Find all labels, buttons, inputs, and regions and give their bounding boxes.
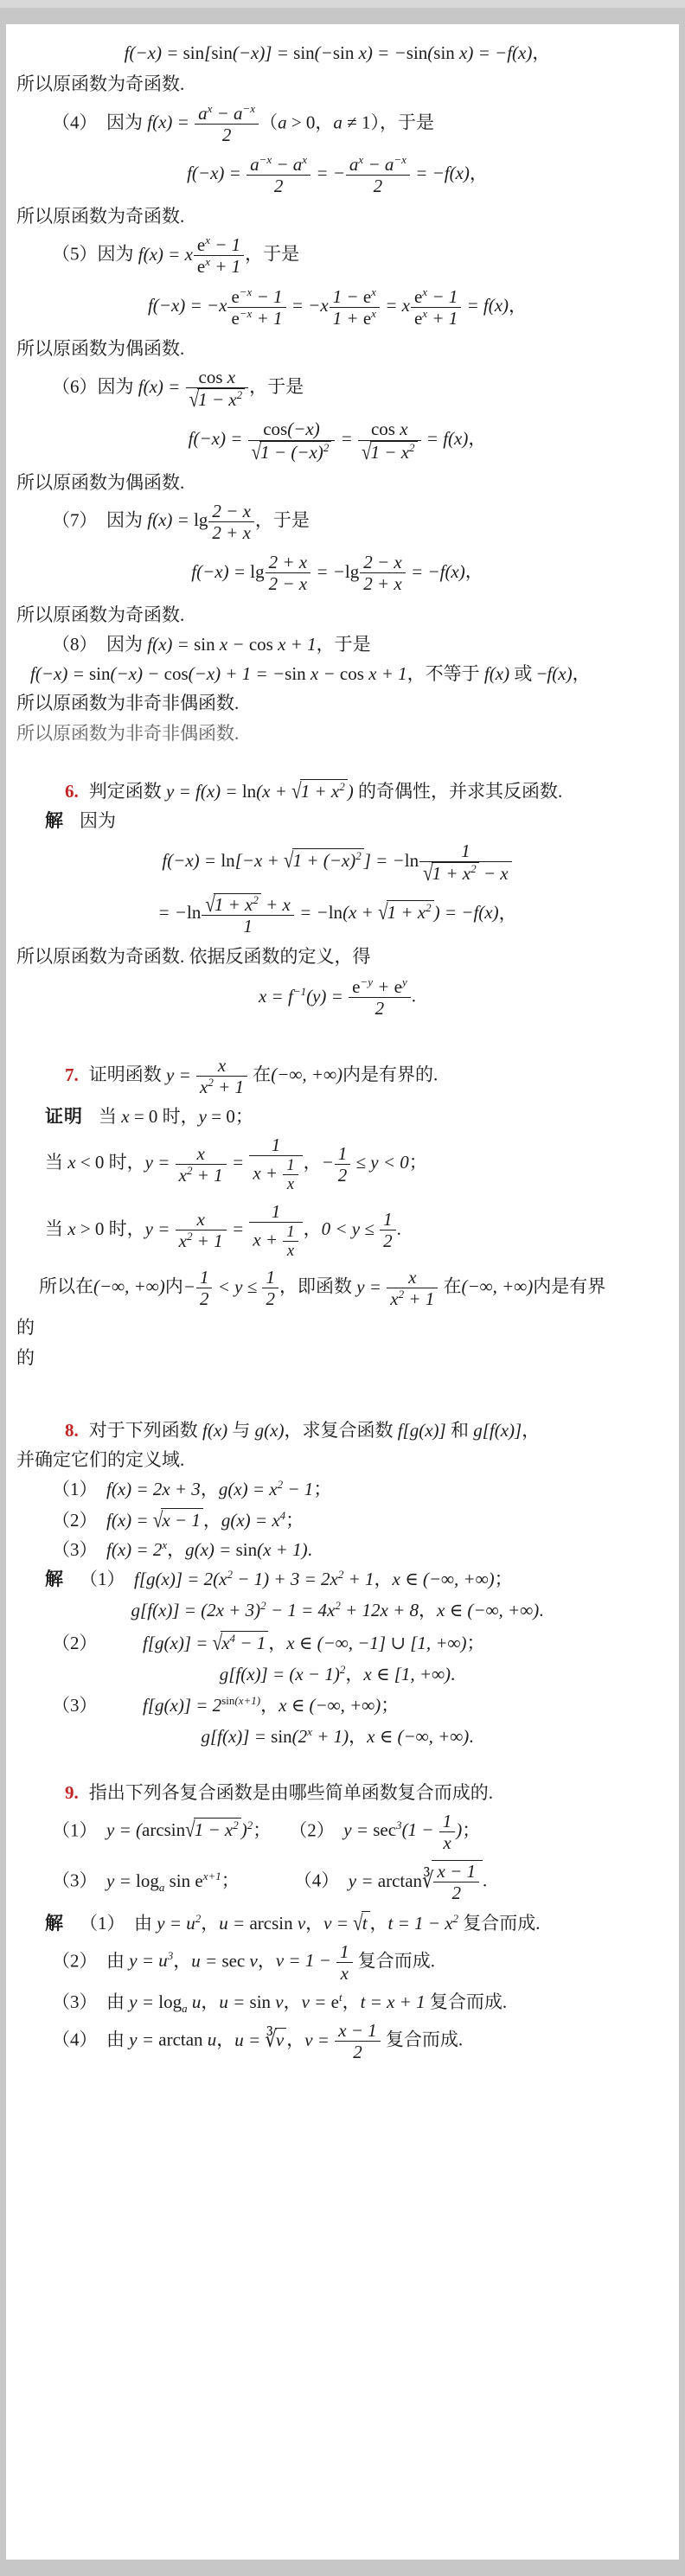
- radicand: 1 − (−x)2: [259, 441, 331, 463]
- superscript: 3: [396, 1819, 402, 1831]
- fraction: 1x + 1x: [248, 1201, 303, 1261]
- problem-heading-line: 9.指出下列各复合函数是由哪些简单函数复合而成的.: [65, 1781, 658, 1804]
- superscript: x: [371, 285, 376, 298]
- math-run: f[g(x)] = 2sin(x+1): [143, 1695, 260, 1716]
- text-run: sin: [271, 1726, 292, 1747]
- superscript: 2: [187, 1164, 193, 1177]
- superscript: 2: [426, 901, 432, 914]
- radicand: 1 − x2: [194, 1818, 241, 1841]
- numerator: 1 − ex: [330, 286, 380, 307]
- math-run: f(x) = √x − 1: [106, 1510, 203, 1531]
- text-run: arcsin: [249, 1913, 292, 1934]
- text-run: ln: [221, 850, 234, 871]
- math-run: x: [121, 1106, 129, 1127]
- denominator: x2 + 1: [196, 1076, 247, 1097]
- text-run: cos: [340, 663, 364, 684]
- fraction: √1 + x2 + x1: [201, 893, 295, 936]
- display-formula-line: f(−x) = cos(−x)√1 − (−x)2 = cos x√1 − x2…: [16, 419, 658, 462]
- math-run: t = 1 − x2: [388, 1913, 459, 1934]
- superscript: −x: [259, 153, 272, 166]
- math-run: f[g(x)]: [398, 1420, 446, 1441]
- display-formula-line: f(−x) = lg2 + x2 − x = −lg2 − x2 + x = −…: [16, 552, 658, 594]
- list-item-line: （1） y = (arcsin√1 − x2)2； （2） y = sec3(1…: [52, 1811, 658, 1853]
- square-root-radical: √1 + x2: [205, 893, 261, 915]
- math-run: y = arctan∛x − 12: [349, 1870, 483, 1891]
- radical-sign: √: [423, 860, 433, 885]
- radicand: x − 1: [161, 1508, 203, 1531]
- numerator: a−x − ax: [246, 154, 310, 175]
- body-text-line: 的: [16, 1316, 658, 1339]
- denominator: 2: [246, 175, 310, 196]
- text-run: sin: [183, 42, 205, 63]
- superscript: 4: [230, 1632, 236, 1645]
- body-text-line: 所以原函数为奇函数.: [16, 73, 658, 95]
- math-run: y = xx2 + 1: [166, 1064, 248, 1085]
- numerator: 1: [283, 1223, 298, 1241]
- fraction: xx2 + 1: [175, 1143, 227, 1186]
- fraction: 1x + 1x: [248, 1135, 303, 1194]
- fraction: 12: [195, 1267, 214, 1309]
- math-run: x: [278, 1695, 286, 1716]
- math-run: f(x): [202, 1420, 227, 1441]
- fraction: cos x√1 − x2: [357, 419, 422, 462]
- list-item-line: （2） f[g(x)] = √x4 − 1，x ∈ (−∞, −1] ∪ [1,…: [52, 1631, 658, 1654]
- superscript: x: [358, 153, 363, 166]
- math-run: y = (arcsin√1 − x2)2: [106, 1819, 253, 1840]
- math-run: f(x) = cos x√1 − x2: [138, 376, 249, 397]
- solution-line: 证明当 x = 0 时，y = 0；: [45, 1105, 658, 1128]
- superscript: 3: [168, 1949, 174, 1962]
- math-run: y = u2: [157, 1913, 201, 1934]
- display-formula-line: f(−x) = ln[−x + √1 + (−x)2] = −ln1√1 + x…: [16, 841, 658, 884]
- radicand: 1 − x2: [197, 388, 245, 410]
- fraction: x − 12: [432, 1861, 480, 1903]
- superscript: −x: [240, 285, 253, 298]
- math-run: f(x): [547, 663, 572, 684]
- math-run: f(−x) = ln[−x + √1 + (−x)2] = −ln1√1 + x…: [162, 850, 512, 871]
- math-run: u = ∛v: [234, 2029, 286, 2050]
- fraction: 1x: [282, 1156, 298, 1194]
- superscript: −x: [243, 102, 256, 115]
- math-run: (−∞, +∞): [423, 1569, 495, 1589]
- square-root-radical: √1 − x2: [185, 1818, 241, 1841]
- subscript: a: [159, 1881, 165, 1894]
- superscript: x: [422, 285, 427, 298]
- display-formula-line: g[f(x)] = (2x + 3)2 − 1 = 4x2 + 12x + 8，…: [16, 1599, 658, 1621]
- square-root-radical: √1 − x2: [189, 388, 246, 410]
- math-run: f(x) = sin x − cos x + 1: [147, 634, 316, 655]
- superscript: 2: [409, 441, 415, 454]
- math-run: y = xx2 + 1 = 1x + 1x: [145, 1218, 304, 1239]
- fraction: ex − 1ex + 1: [410, 286, 462, 329]
- radical-sign: √: [205, 891, 215, 916]
- math-run: y: [199, 1106, 207, 1127]
- denominator: 2: [346, 175, 410, 196]
- subscript: a: [182, 2002, 188, 2015]
- fraction: 2 + x2 − x: [265, 552, 312, 594]
- text-run: cos: [263, 419, 287, 439]
- text-run: ln: [405, 850, 419, 871]
- superscript: 2: [355, 849, 362, 862]
- square-root-radical: √x4 − 1: [213, 1631, 269, 1654]
- radical-sign: √: [189, 387, 200, 412]
- fraction: cos x√1 − x2: [185, 367, 250, 410]
- text-run: e: [331, 1991, 339, 2012]
- denominator: 2 − x: [266, 572, 311, 594]
- body-text-line: 所以原函数为非奇非偶函数.: [16, 722, 658, 745]
- denominator: 2: [380, 1230, 396, 1251]
- superscript: x: [422, 307, 427, 320]
- body-text-line: 所以原函数为偶函数.: [16, 337, 658, 360]
- text-run: ln: [187, 902, 201, 923]
- numerator: e−x − 1: [227, 286, 285, 307]
- numerator: ex − 1: [411, 286, 461, 307]
- body-text-line: 所以在(−∞, +∞)内−12 < y ≤ 12，即函数 y = xx2 + 1…: [39, 1267, 658, 1309]
- text-run: e: [363, 286, 371, 307]
- document-page: f(−x) = sin[sin(−x)] = sin(−sin x) = −si…: [6, 24, 679, 2560]
- solution-label: 解: [45, 1913, 64, 1934]
- superscript: −x: [240, 307, 253, 320]
- text-run: ln: [329, 902, 342, 923]
- math-run: y = u3: [129, 1950, 173, 1971]
- fraction: cos(−x)√1 − (−x)2: [247, 419, 336, 462]
- text-run: sin: [211, 42, 233, 63]
- fraction: 1x: [336, 1941, 354, 1984]
- superscript: 2: [187, 1230, 193, 1243]
- math-run: t = x + 1: [361, 1991, 426, 2012]
- radical-sign: √: [284, 847, 294, 874]
- numerator: x − 1: [433, 1861, 479, 1882]
- numerator: cos x: [186, 367, 249, 387]
- text-run: cos: [371, 419, 395, 439]
- radicand: 1 + x2: [432, 862, 479, 884]
- superscript: 2: [227, 1568, 233, 1581]
- superscript: x: [205, 255, 210, 268]
- denominator: 1 + ex: [330, 307, 380, 329]
- math-run: v = x − 12: [304, 2029, 381, 2050]
- denominator: x + 1x: [249, 1222, 302, 1261]
- math-run: a: [278, 112, 287, 132]
- numerator: √1 + x2 + x: [202, 893, 294, 915]
- fraction: 1x: [439, 1811, 457, 1853]
- list-item-line: （4） 因为 f(x) = ax − a−x2（a > 0，a ≠ 1），于是: [52, 103, 658, 145]
- numerator: 1: [439, 1811, 456, 1831]
- math-run: y = loga u: [129, 1991, 201, 2012]
- text-run: e: [231, 286, 239, 307]
- fraction: x − 12: [334, 2020, 381, 2062]
- math-run: = −ln√1 + x2 + x1 = −ln(x + √1 + x2) = −…: [157, 902, 498, 923]
- fraction: 12: [334, 1143, 352, 1186]
- text-run: cos: [199, 367, 223, 387]
- display-formula-line: = −ln√1 + x2 + x1 = −ln(x + √1 + x2) = −…: [16, 893, 658, 936]
- denominator: x2 + 1: [387, 1288, 438, 1309]
- denominator: 2: [349, 997, 411, 1019]
- superscript: x: [302, 153, 307, 166]
- math-run: x: [363, 1664, 371, 1684]
- problem-heading-line: 7.证明函数 y = xx2 + 1 在(−∞, +∞)内是有界的.: [65, 1055, 658, 1097]
- superscript: 2: [233, 1819, 239, 1831]
- math-run: 0 < y ≤ 12: [322, 1218, 397, 1239]
- text-run: sin: [194, 634, 215, 655]
- text-run: sin: [89, 663, 111, 684]
- superscript: x: [162, 1538, 167, 1551]
- square-root-radical: √1 − (−x)2: [252, 441, 332, 463]
- radicand: x4 − 1: [221, 1631, 268, 1654]
- body-text-line: 所以原函数为奇函数.: [16, 205, 658, 227]
- solution-label: 证明: [45, 1106, 83, 1127]
- math-run: u = sin v: [219, 1991, 283, 2012]
- denominator: 1: [202, 915, 294, 936]
- radical-sign: √: [378, 898, 388, 926]
- body-text-line: 所以原函数为偶函数.: [16, 471, 658, 494]
- text-run: sin: [221, 1694, 234, 1707]
- radicand: 1 + x2: [300, 779, 348, 802]
- radical-sign: √: [153, 1505, 163, 1533]
- text-run: e: [414, 308, 422, 329]
- math-run: g[f(x)] = sin(2x + 1): [201, 1726, 349, 1747]
- display-formula-line: g[f(x)] = sin(2x + 1)，x ∈ (−∞, +∞).: [16, 1725, 658, 1748]
- list-item-line: （3） f[g(x)] = 2sin(x+1)，x ∈ (−∞, +∞)；: [52, 1694, 658, 1716]
- text-run: lg: [250, 561, 264, 582]
- math-run: (−∞, −1]: [317, 1633, 386, 1653]
- display-formula-line: f(−x) = a−x − ax2 = −ax − a−x2 = −f(x)，: [16, 154, 658, 196]
- display-formula-line: g[f(x)] = (x − 1)2，x ∈ [1, +∞).: [16, 1663, 658, 1685]
- numerator: 1: [196, 1267, 213, 1288]
- numerator: 1: [249, 1201, 302, 1222]
- fraction: 1√1 + x2 − x: [419, 841, 513, 884]
- math-run: g(x) = sin(x + 1): [185, 1539, 307, 1560]
- fraction: e−y + ey2: [348, 976, 412, 1019]
- superscript: 2: [237, 388, 243, 401]
- text-run: sin: [285, 663, 306, 684]
- superscript: t: [339, 1991, 342, 2004]
- text-run: sin: [407, 42, 428, 63]
- math-run: x: [437, 1600, 445, 1620]
- fraction: xx2 + 1: [175, 1209, 227, 1251]
- list-item-line: （2） f(x) = √x − 1，g(x) = x4；: [52, 1508, 658, 1531]
- radical-sign: √: [252, 438, 262, 463]
- square-root-radical: √1 + x2: [378, 900, 434, 924]
- text-run: sin: [236, 1539, 258, 1560]
- text-run: e: [363, 308, 371, 329]
- denominator: x: [336, 1962, 353, 1984]
- math-run: f(x) = 2x: [106, 1539, 167, 1560]
- solution-line: 解（1） 由 y = u2，u = arcsin v，v = √t，t = 1 …: [45, 1911, 658, 1934]
- superscript: −1: [293, 985, 306, 998]
- numerator: ex − 1: [194, 234, 244, 255]
- text-run: ln: [242, 781, 256, 802]
- numerator: x − 1: [335, 2020, 381, 2041]
- denominator: x + 1x: [249, 1155, 302, 1194]
- problem-heading-line: 8.对于下列函数 f(x) 与 g(x)，求复合函数 f[g(x)] 和 g[f…: [65, 1419, 658, 1441]
- text-run: e: [394, 976, 402, 997]
- math-run: g[f(x)]: [473, 1420, 522, 1441]
- text-run: log: [136, 1870, 159, 1891]
- math-run: g[f(x)] = (x − 1)2: [220, 1664, 346, 1684]
- page-gap-strip: [0, 0, 685, 8]
- denominator: 2 + x: [208, 521, 254, 543]
- superscript: x: [371, 307, 376, 320]
- solution-continuation-line: 当 x < 0 时，y = xx2 + 1 = 1x + 1x，−12 ≤ y …: [45, 1135, 658, 1194]
- math-run: a: [333, 112, 342, 132]
- numerator: 1: [335, 1143, 351, 1164]
- list-item-line: （2） 由 y = u3，u = sec v，v = 1 − 1x 复合而成.: [52, 1941, 658, 1984]
- text-run: lg: [194, 509, 208, 530]
- math-run: y = xx2 + 1 = 1x + 1x: [145, 1152, 304, 1173]
- math-run: u = sec v: [191, 1950, 258, 1971]
- math-run: g[f(x)] = (2x + 3)2 − 1 = 4x2 + 12x + 8: [131, 1600, 419, 1620]
- denominator: √1 − x2: [358, 440, 421, 463]
- numerator: 2 + x: [266, 552, 311, 572]
- text-run: sin: [333, 42, 355, 63]
- math-run: u = arcsin v: [219, 1913, 305, 1934]
- math-run: x: [393, 1569, 400, 1589]
- math-run: f(−x) = cos(−x)√1 − (−x)2 = cos x√1 − x2…: [189, 428, 469, 449]
- numerator: x: [196, 1055, 247, 1076]
- numerator: cos(−x): [248, 419, 336, 439]
- body-text-line: 的: [16, 1346, 658, 1369]
- denominator: 2: [433, 1882, 479, 1903]
- display-formula-line: x = f−1(y) = e−y + ey2.: [16, 976, 658, 1019]
- superscript: x+1: [203, 1870, 221, 1882]
- denominator: 2: [335, 1164, 351, 1186]
- fraction: a−x − ax2: [246, 154, 311, 196]
- fraction: 2 − x2 + x: [208, 501, 255, 543]
- text-run: arctan: [158, 2029, 202, 2050]
- math-run: y = arctan u: [129, 2029, 216, 2050]
- numerator: ax − a−x: [195, 103, 259, 124]
- math-run: −12 < y ≤ 12: [183, 1276, 279, 1297]
- numerator: 1: [336, 1941, 353, 1962]
- solution-line: 解因为: [45, 809, 658, 832]
- numerator: 2 − x: [208, 501, 254, 521]
- math-run: −12 ≤ y < 0: [322, 1152, 409, 1173]
- superscript: y: [402, 975, 407, 988]
- radicand: x − 12: [432, 1860, 483, 1903]
- radical-sign: √: [353, 1908, 363, 1936]
- math-run: g(x) = x4: [221, 1510, 285, 1531]
- math-run: f(x): [484, 663, 509, 684]
- solution-continuation-line: 当 x > 0 时，y = xx2 + 1 = 1x + 1x，0 < y ≤ …: [45, 1201, 658, 1261]
- numerator: e−y + ey: [349, 976, 411, 997]
- solution-label: 解: [45, 1569, 64, 1589]
- problem-heading-line: 6.判定函数 y = f(x) = ln(x + √1 + x2) 的奇偶性，并…: [65, 779, 658, 802]
- fraction: 12: [261, 1267, 279, 1309]
- text-run: e: [197, 256, 205, 277]
- math-run: f[g(x)] = √x4 − 1: [143, 1633, 268, 1653]
- superscript: 2: [208, 1076, 214, 1089]
- radicand: 1 + (−x)2: [292, 848, 364, 872]
- denominator: e−x + 1: [227, 307, 285, 329]
- math-run: x: [367, 1726, 375, 1747]
- radical-sign: ∛: [422, 1866, 433, 1894]
- list-item-line: （6）因为 f(x) = cos x√1 − x2，于是: [52, 367, 658, 410]
- problem-number: 8.: [65, 1420, 79, 1441]
- radicand: 1 − x2: [370, 441, 418, 463]
- square-root-radical: √1 + (−x)2: [284, 848, 364, 872]
- superscript: −y: [360, 975, 373, 988]
- math-run: f(x) = xex − 1ex + 1: [138, 244, 245, 265]
- superscript: 2: [253, 893, 259, 906]
- denominator: √1 − x2: [186, 387, 249, 410]
- text-run: e: [197, 234, 205, 255]
- square-root-radical: √1 + x2: [423, 862, 479, 884]
- math-run: g(x) = x2 − 1: [219, 1479, 314, 1499]
- text-run: e: [414, 286, 422, 307]
- text-run: cos: [249, 634, 273, 655]
- list-item-line: （3） f(x) = 2x，g(x) = sin(x + 1).: [52, 1538, 658, 1561]
- body-text-line: 所以原函数为非奇非偶函数.: [16, 692, 658, 714]
- fraction: ax − a−x2: [194, 103, 259, 145]
- cube-root-radical: ∛x − 12: [422, 1860, 483, 1903]
- body-text-line: 并确定它们的定义域.: [16, 1448, 658, 1471]
- square-root-radical: √t: [353, 1911, 369, 1934]
- solution-line: 解（1） f[g(x)] = 2(x2 − 1) + 3 = 2x2 + 1，x…: [45, 1568, 658, 1590]
- superscript: 2: [335, 1599, 341, 1612]
- math-run: f(−x) = sin(−x) − cos(−x) + 1 = −sin x −…: [30, 663, 407, 684]
- text-run: sec: [221, 1950, 245, 1971]
- fraction: ex − 1ex + 1: [193, 234, 245, 277]
- radical-sign: √: [362, 438, 372, 463]
- radical-sign: ∛: [265, 2025, 276, 2053]
- body-text-line: 所以原函数为奇函数.: [16, 604, 658, 626]
- square-root-radical: √x − 1: [153, 1508, 203, 1531]
- math-run: x: [67, 1218, 75, 1239]
- superscript: 2: [278, 1478, 284, 1491]
- math-run: f[g(x)] = 2(x2 − 1) + 3 = 2x2 + 1: [134, 1569, 375, 1589]
- math-run: x: [67, 1152, 75, 1173]
- text-run: sin: [293, 42, 315, 63]
- display-formula-line: f(−x) = sin[sin(−x)] = sin(−sin x) = −si…: [16, 42, 658, 64]
- list-item-line: （1） f(x) = 2x + 3，g(x) = x2 − 1；: [52, 1478, 658, 1500]
- radicand: 1 + x2: [214, 893, 261, 915]
- problem-number: 9.: [65, 1782, 79, 1803]
- math-run: y = sec3(1 − 1x): [343, 1819, 462, 1840]
- denominator: x: [283, 1174, 298, 1193]
- math-run: x = f−1(y) = e−y + ey2: [259, 986, 412, 1007]
- math-run: v = √t: [323, 1913, 369, 1934]
- numerator: 1: [262, 1267, 278, 1288]
- denominator: ex + 1: [194, 255, 244, 277]
- square-root-radical: √1 − x2: [362, 441, 418, 463]
- math-run: (−∞, +∞): [271, 1064, 342, 1085]
- radical-sign: √: [213, 1628, 223, 1656]
- math-run: x: [286, 1633, 294, 1653]
- math-run: (−∞, +∞): [467, 1600, 539, 1620]
- text-run: arcsin: [142, 1819, 185, 1840]
- superscript: sin(x+1): [221, 1694, 260, 1707]
- fraction: xx2 + 1: [386, 1267, 439, 1309]
- math-run: [1, +∞): [394, 1664, 451, 1684]
- denominator: √1 + x2 − x: [419, 861, 512, 884]
- superscript: 2: [195, 1912, 202, 1925]
- math-run: (−∞, +∞): [93, 1276, 165, 1297]
- radicand: 1 + x2: [387, 900, 434, 924]
- text-run: arctan: [378, 1870, 422, 1891]
- body-text-line: 所以原函数为奇函数. 依据反函数的定义，得: [16, 945, 658, 968]
- denominator: x2 + 1: [176, 1164, 227, 1186]
- math-run: [1, +∞): [410, 1633, 466, 1653]
- numerator: 1: [283, 1156, 298, 1174]
- viewer-background: { "document": { "type": "math-textbook-s…: [0, 0, 685, 2576]
- radical-sign: √: [185, 1816, 195, 1844]
- fraction: 1x: [282, 1223, 298, 1261]
- math-run: f(−x) = a−x − ax2 = −ax − a−x2 = −f(x): [187, 163, 470, 183]
- denominator: x: [283, 1241, 298, 1260]
- superscript: x: [205, 233, 210, 246]
- fraction: xx2 + 1: [195, 1055, 248, 1097]
- superscript: 4: [280, 1509, 286, 1522]
